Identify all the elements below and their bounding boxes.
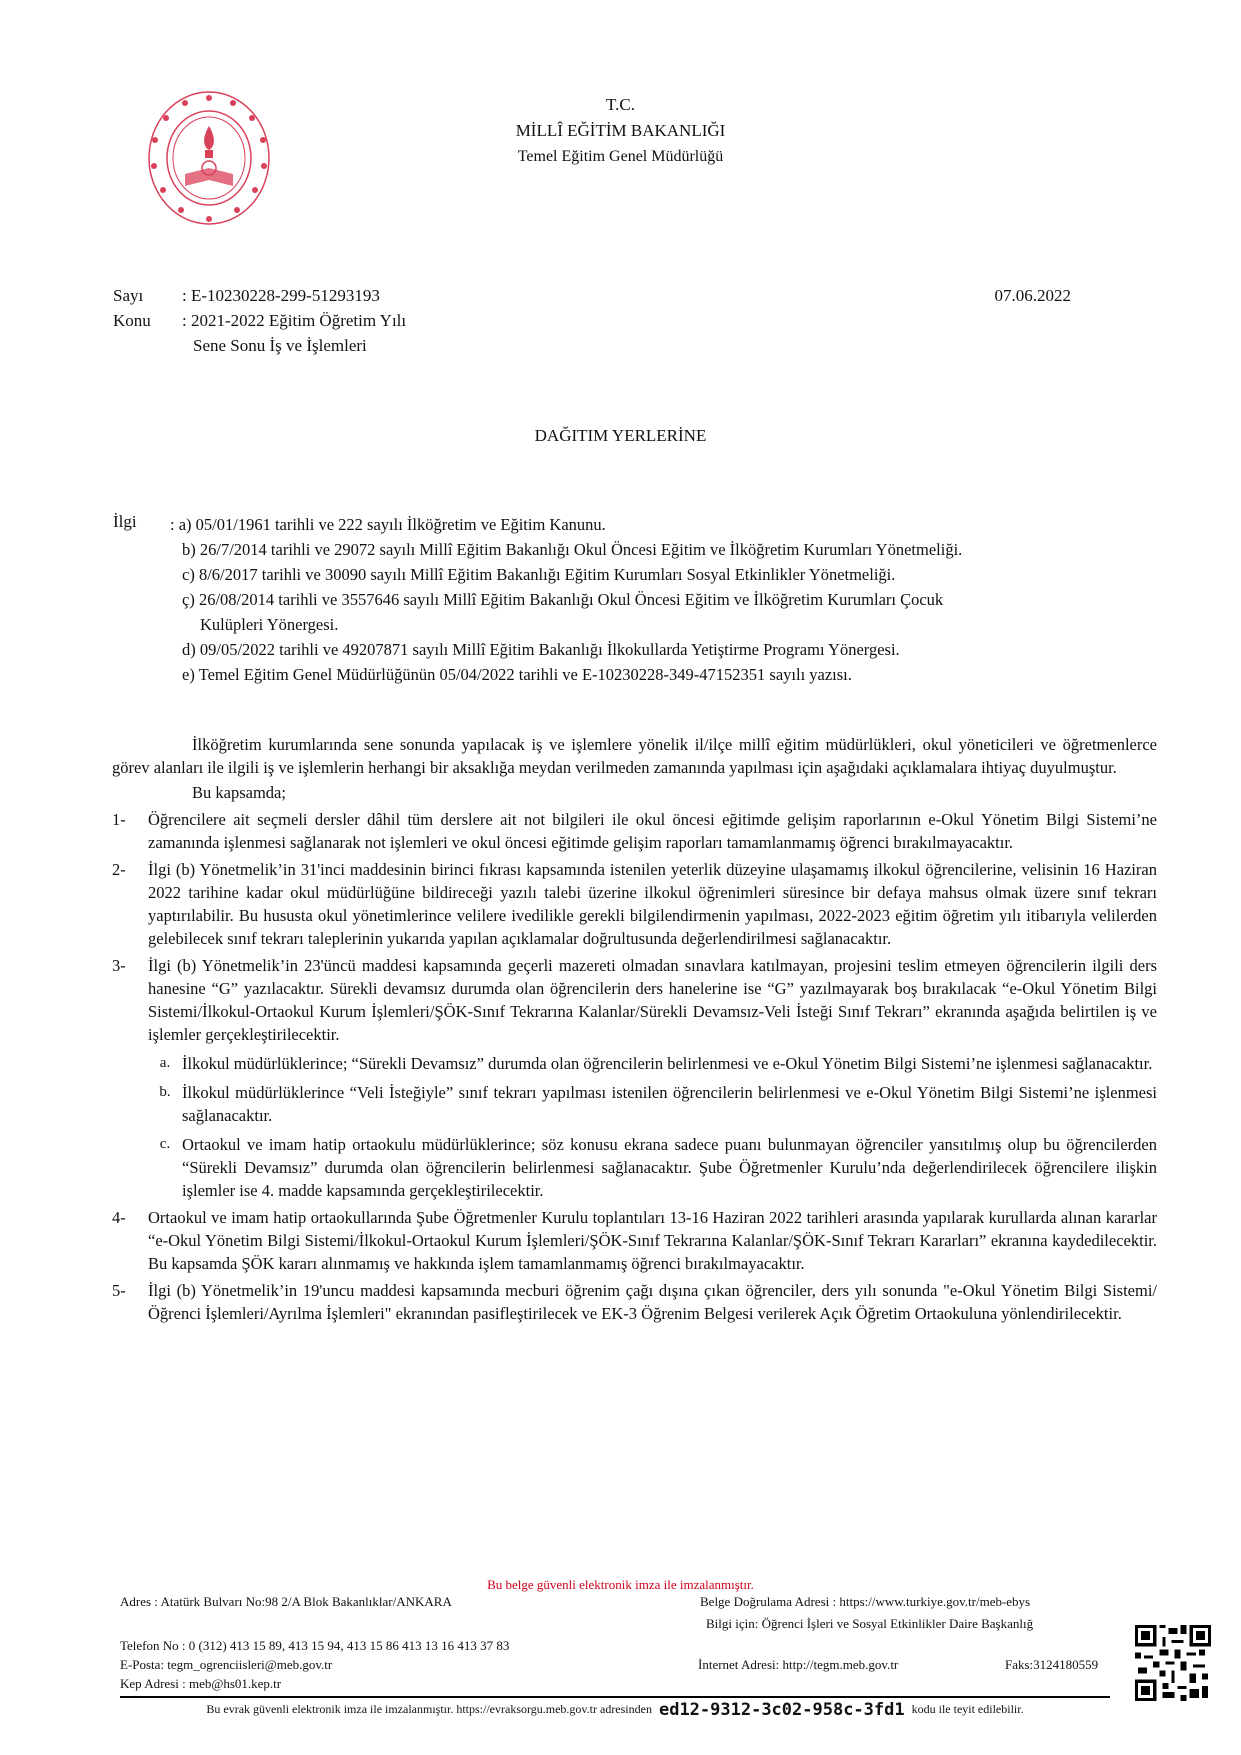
ilgi-item-a: : a) 05/01/1961 tarihli ve 222 sayılı İl… [170, 512, 1170, 537]
sayi-label: Sayı [113, 286, 143, 306]
list-item: 2- İlgi (b) Yönetmelik’in 31'inci maddes… [112, 858, 1157, 950]
ilgi-item-c: c) 8/6/2017 tarihli ve 30090 sayılı Mill… [182, 562, 1170, 587]
ilgi-label: İlgi [113, 512, 137, 532]
ilgi-item-e: e) Temel Eğitim Genel Müdürlüğünün 05/04… [182, 662, 1170, 687]
sub-list-item: b. İlkokul müdürlüklerince “Veli İsteğiy… [148, 1081, 1157, 1127]
ilgi-item-d: d) 09/05/2022 tarihli ve 49207871 sayılı… [182, 637, 1170, 662]
scope-line: Bu kapsamda; [192, 781, 1157, 804]
verification-line: Bu evrak güvenli elektronik imza ile imz… [120, 1700, 1110, 1720]
footer-phone: Telefon No : 0 (312) 413 15 89, 413 15 9… [120, 1638, 509, 1654]
intro-paragraph: İlköğretim kurumlarında sene sonunda yap… [112, 733, 1157, 779]
header-ministry: MİLLÎ EĞİTİM BAKANLIĞI [0, 121, 1241, 141]
document-date: 07.06.2022 [995, 286, 1072, 306]
footer-kep[interactable]: Kep Adresi : meb@hs01.kep.tr [120, 1676, 281, 1692]
footer-info: Bilgi için: Öğrenci İşleri ve Sosyal Etk… [706, 1616, 1033, 1632]
footer-fax: Faks:3124180559 [1005, 1657, 1098, 1673]
ilgi-item-c-cedilla: ç) 26/08/2014 tarihli ve 3557646 sayılı … [182, 587, 990, 637]
verify-prefix: Bu evrak güvenli elektronik imza ile imz… [206, 1702, 652, 1716]
konu-value-1: : 2021-2022 Eğitim Öğretim Yılı [182, 311, 406, 331]
ilgi-item-b: b) 26/7/2014 tarihli ve 29072 sayılı Mil… [182, 537, 1170, 562]
konu-label: Konu [113, 311, 151, 331]
footer-email[interactable]: E-Posta: tegm_ogrenciisleri@meb.gov.tr [120, 1657, 332, 1673]
recipient-heading: DAĞITIM YERLERİNE [0, 426, 1241, 446]
footer-verification-address[interactable]: Belge Doğrulama Adresi : https://www.tur… [700, 1594, 1030, 1610]
list-item: 1- Öğrencilere ait seçmeli dersler dâhil… [112, 808, 1157, 854]
list-item: 5- İlgi (b) Yönetmelik’in 19'uncu maddes… [112, 1279, 1157, 1325]
ilgi-list: : a) 05/01/1961 tarihli ve 222 sayılı İl… [170, 512, 1170, 687]
list-item: 3- İlgi (b) Yönetmelik’in 23'üncü maddes… [112, 954, 1157, 1046]
list-item: 4- Ortaokul ve imam hatip ortaokullarınd… [112, 1206, 1157, 1275]
document-body: İlköğretim kurumlarında sene sonunda yap… [112, 733, 1157, 1325]
verify-code: ed12-9312-3c02-958c-3fd1 [655, 1700, 909, 1720]
footer-address: Adres : Atatürk Bulvarı No:98 2/A Blok B… [120, 1594, 452, 1610]
footer-divider [120, 1696, 1110, 1698]
sayi-value: : E-10230228-299-51293193 [182, 286, 380, 306]
sub-list-item: a. İlkokul müdürlüklerince; “Sürekli Dev… [148, 1052, 1157, 1075]
verify-suffix: kodu ile teyit edilebilir. [912, 1702, 1024, 1716]
sub-list-item: c. Ortaokul ve imam hatip ortaokulu müdü… [148, 1133, 1157, 1202]
footer-internet[interactable]: İnternet Adresi: http://tegm.meb.gov.tr [698, 1657, 898, 1673]
qr-code-icon [1135, 1622, 1211, 1704]
header-tc: T.C. [0, 95, 1241, 115]
header-directorate: Temel Eğitim Genel Müdürlüğü [0, 148, 1241, 166]
konu-value-2: Sene Sonu İş ve İşlemleri [193, 336, 367, 356]
e-signature-note: Bu belge güvenli elektronik imza ile imz… [0, 1577, 1241, 1593]
